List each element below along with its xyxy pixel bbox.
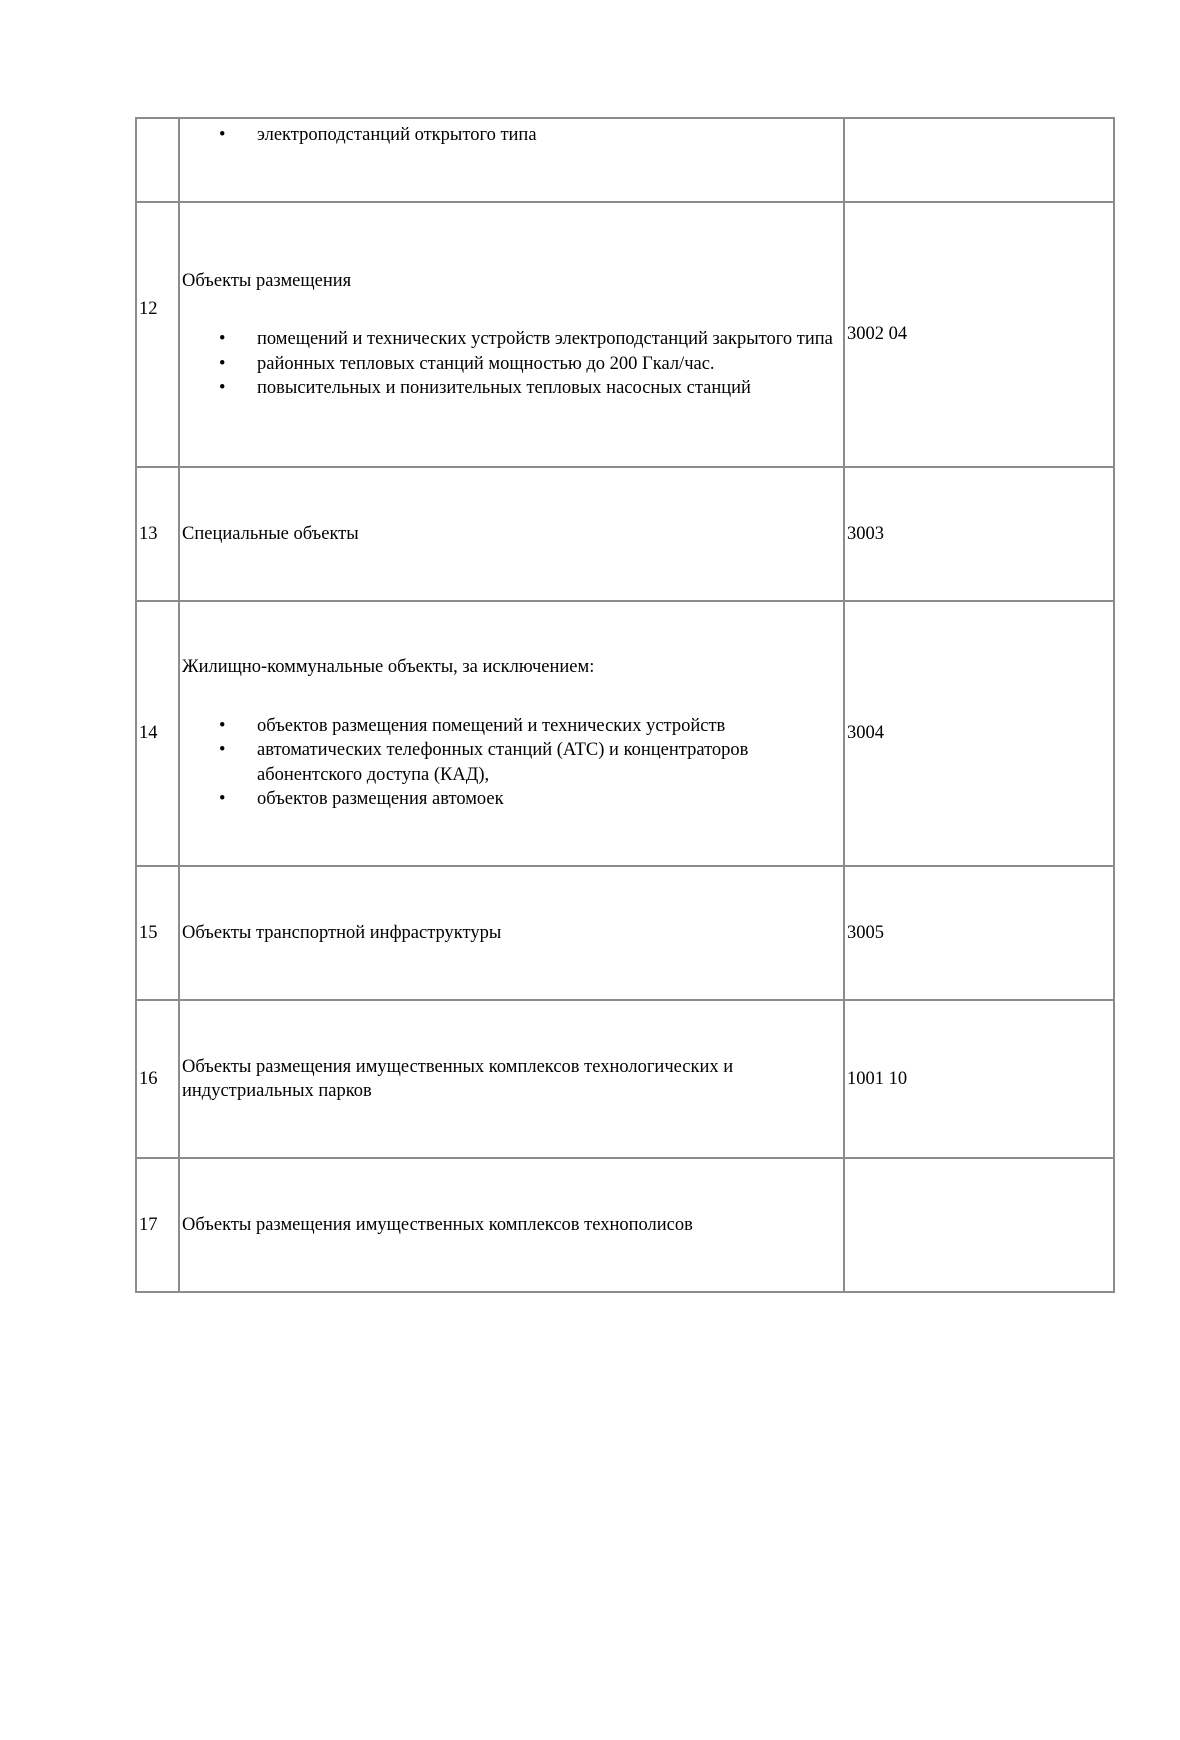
row-number [136,118,179,202]
zoning-table: электроподстанций открытого типа 12 Объе… [135,117,1115,1293]
bullet-list: объектов размещения помещений и техничес… [182,714,841,812]
table-row: 12 Объекты размещения помещений и технич… [136,202,1114,467]
list-item: объектов размещения помещений и техничес… [257,714,841,738]
row-number: 13 [136,467,179,601]
table-row: 16 Объекты размещения имущественных комп… [136,1000,1114,1158]
row-code: 3003 [844,467,1114,601]
row-description: электроподстанций открытого типа [179,118,844,202]
row-number: 12 [136,202,179,467]
row-code: 1001 10 [844,1000,1114,1158]
row-description: Объекты транспортной инфраструктуры [179,866,844,1000]
row-description: Жилищно-коммунальные объекты, за исключе… [179,601,844,866]
table-row: 17 Объекты размещения имущественных комп… [136,1158,1114,1292]
bullet-list: электроподстанций открытого типа [182,123,841,147]
row-number: 15 [136,866,179,1000]
row-number: 17 [136,1158,179,1292]
table-row: электроподстанций открытого типа [136,118,1114,202]
row-lead-text: Жилищно-коммунальные объекты, за исключе… [182,655,841,679]
row-description: Объекты размещения помещений и техническ… [179,202,844,467]
row-code [844,118,1114,202]
row-number: 14 [136,601,179,866]
table-row: 14 Жилищно-коммунальные объекты, за искл… [136,601,1114,866]
row-number: 16 [136,1000,179,1158]
row-code: 3002 04 [844,202,1114,467]
list-item: объектов размещения автомоек [257,787,841,811]
row-description: Специальные объекты [179,467,844,601]
row-code: 3005 [844,866,1114,1000]
bullet-list: помещений и технических устройств электр… [182,327,841,400]
table-row: 15 Объекты транспортной инфраструктуры 3… [136,866,1114,1000]
row-lead-text: Объекты размещения [182,269,841,293]
list-item: автоматических телефонных станций (АТС) … [257,738,841,787]
list-item: повысительных и понизительных тепловых н… [257,376,841,400]
table-row: 13 Специальные объекты 3003 [136,467,1114,601]
row-code: 3004 [844,601,1114,866]
row-description: Объекты размещения имущественных комплек… [179,1158,844,1292]
row-description: Объекты размещения имущественных комплек… [179,1000,844,1158]
list-item: помещений и технических устройств электр… [257,327,841,351]
row-code [844,1158,1114,1292]
list-item: электроподстанций открытого типа [257,123,841,147]
list-item: районных тепловых станций мощностью до 2… [257,352,841,376]
